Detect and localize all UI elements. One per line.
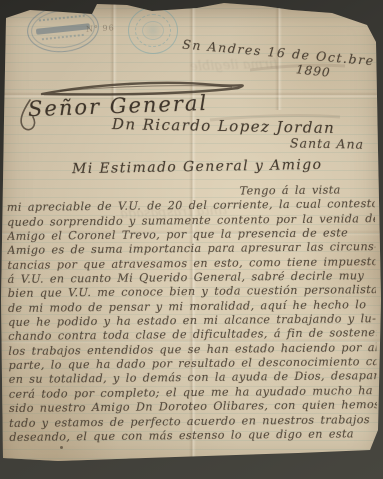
letter-photo: N° 96 firma ilegible tinta traspasada Sn…: [0, 0, 383, 479]
paper-edge-shading: [0, 0, 383, 479]
letter-paper: N° 96 firma ilegible tinta traspasada Sn…: [0, 0, 383, 479]
